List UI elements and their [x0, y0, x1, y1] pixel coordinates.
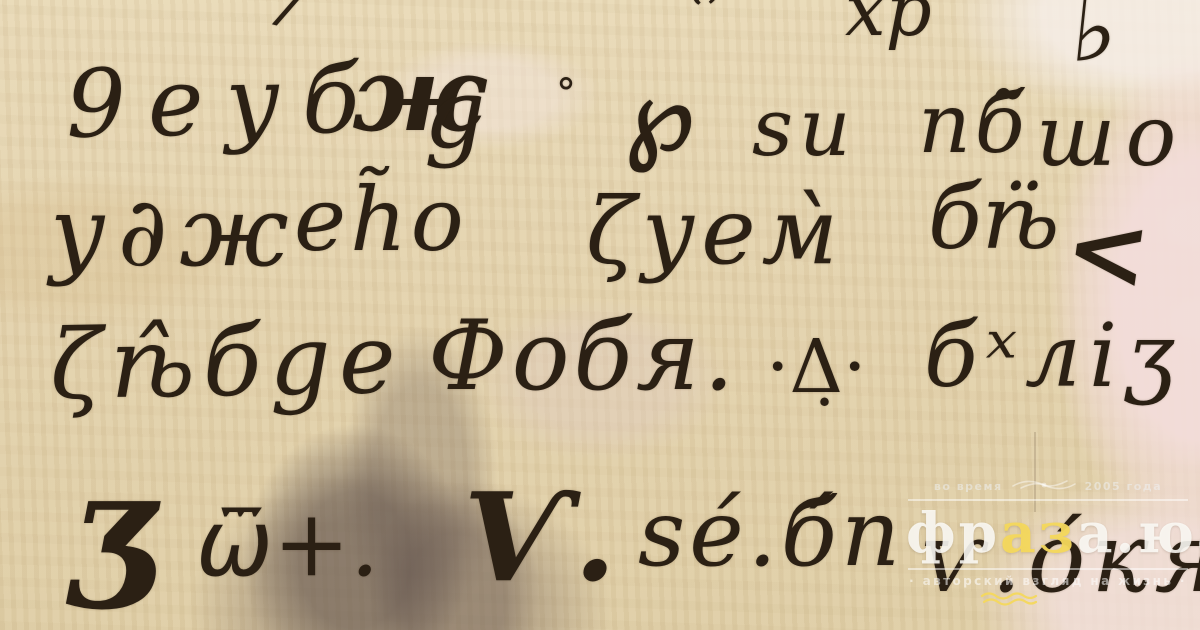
manuscript-line1-word: ѕи: [752, 88, 857, 168]
manuscript-line1-word: 9еуб: [65, 53, 382, 152]
site-logo: фраза.юа: [906, 505, 1190, 560]
watermark: во время 2005 года фраза.юа: [906, 478, 1190, 588]
manuscript-glyph-fragment: ♭: [1067, 0, 1123, 80]
manuscript-line1-word: ℘: [624, 64, 695, 166]
ornament-icon: [1011, 478, 1077, 495]
watermark-top-right-text: 2005 года: [1085, 480, 1163, 493]
manuscript-line1-mark: °: [556, 74, 576, 114]
watermark-rule-bottom: [908, 568, 1188, 570]
watermark-top-left-text: во время: [934, 480, 1003, 493]
manuscript-line1-word: g: [424, 66, 485, 162]
site-logo-accent: аз: [1000, 500, 1077, 565]
watermark-tagline: · авторский взгляд на жизнь ·: [906, 574, 1190, 588]
manuscript-glyph-fragment: хр: [845, 0, 932, 46]
manuscript-line3-word: ζѣ̂бgе: [49, 311, 404, 413]
manuscript-line4-word: ʒ: [70, 452, 155, 602]
watermark-top-row: во время 2005 года: [906, 478, 1190, 495]
manuscript-line3-mark: ·Δ̣·: [766, 330, 867, 404]
manuscript-line2-word: еh̃о: [294, 176, 468, 264]
manuscript-line3-word: бˣліʒ: [924, 312, 1183, 400]
manuscript-line4-word: Ѵ.: [462, 476, 616, 598]
manuscript-glyph-fragment: ∕: [276, 0, 312, 36]
manuscript-line2-word: у∂ж: [50, 184, 300, 280]
site-logo-part2: а.юа: [1077, 500, 1200, 565]
manuscript-line4-word: ѕе́.б́п: [638, 488, 904, 580]
underline-squiggle-icon: [980, 559, 1038, 614]
manuscript-line2-mark: <: [1059, 195, 1156, 306]
site-logo-part1: фр: [906, 500, 1000, 565]
manuscript-glyph-fragment: ʽʼ: [686, 0, 725, 41]
manuscript-line1-word: пб̃: [918, 84, 1029, 166]
manuscript-line3-word: Фобя.: [428, 308, 738, 404]
manuscript-line2-word: бѣ̈: [928, 174, 1059, 262]
manuscript-photo: ∕ ʽʼ хр ♭ 9еуб ж g ° ℘ ѕи пб̃ шо у∂ж еh̃…: [0, 0, 1200, 630]
manuscript-line2-word: ζуем̀: [586, 186, 844, 278]
manuscript-line4-word: ѿ+.: [196, 498, 379, 590]
